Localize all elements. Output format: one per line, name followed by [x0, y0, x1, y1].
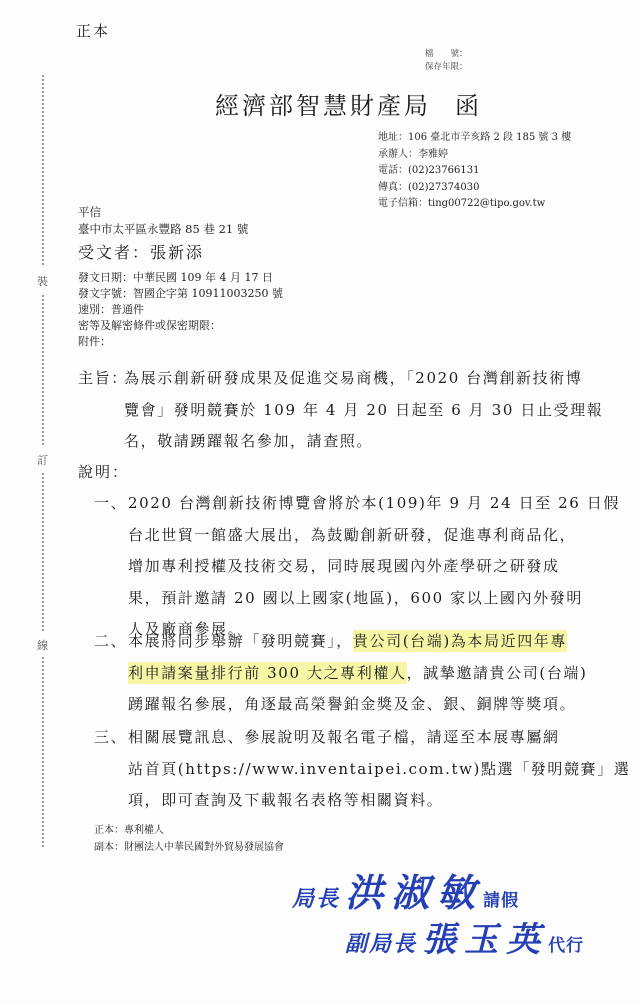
subject-line: 覽會」發明競賽於 109 年 4 月 20 日起至 6 月 30 日止受理報	[124, 395, 623, 427]
mail-type: 平信	[78, 204, 248, 221]
retention-label: 保存年限：	[425, 61, 468, 74]
highlighted-text: 利申請案量排行前 300 大之專利權人	[128, 662, 407, 684]
item-number: 一、	[94, 488, 127, 520]
email: 電子信箱：ting00722@tipo.gov.tw	[378, 196, 571, 213]
item-line: 項，即可查詢及下載報名表格等相關資料。	[94, 785, 634, 817]
recipient-address: 臺中市太平區永豐路 85 巷 21 號	[78, 221, 248, 238]
item-line: 站首頁(https://www.inventaipei.com.tw)點選「發明…	[94, 754, 634, 786]
phone: 電話：(02)23766131	[378, 163, 571, 180]
document-number: 發文字號：智國企字第 10911003250 號	[78, 286, 283, 302]
agency-name: 經濟部智慧財產局	[215, 92, 431, 120]
item-text: ，誠摯邀請貴公司(台端)	[407, 664, 588, 682]
file-number-label: 檔 號：	[425, 48, 468, 61]
document-title: 經濟部智慧財產局函	[215, 86, 482, 121]
agency-address: 地址：106 臺北市辛亥路 2 段 185 號 3 樓	[378, 130, 571, 147]
deputy-signature: 副局長 張玉英代行	[345, 912, 584, 961]
explanation-label: 說明：	[78, 457, 129, 489]
subject-label: 主旨：	[78, 363, 128, 395]
director-title: 局長	[292, 886, 340, 912]
item-line: 相關展覽訊息、參展說明及報名電子檔，請逕至本展專屬網	[94, 722, 634, 754]
highlighted-text: 貴公司(台端)為本局近四年專	[353, 630, 567, 652]
recipient-block: 平信 臺中市太平區永豐路 85 巷 21 號	[78, 204, 248, 238]
item-line: 本展將同步舉辦「發明競賽」，貴公司(台端)為本局近四年專	[94, 626, 634, 658]
copy-recipient: 副本：財團法人中華民國對外貿易發展協會	[94, 839, 284, 856]
binding-mark-zhuang: 裝	[37, 273, 48, 289]
item-line: 踴躍報名參展，角逐最高榮譽鉑金獎及金、銀、銅牌等獎項。	[94, 689, 634, 721]
document-meta: 發文日期：中華民國 109 年 4 月 17 日 發文字號：智國企字第 1091…	[78, 270, 283, 350]
binding-mark-ding: 訂	[37, 452, 48, 468]
subject-paragraph: 主旨： 為展示創新研發成果及促進交易商機，「2020 台灣創新技術博 覽會」發明…	[78, 363, 623, 458]
director-name: 洪淑敏	[345, 870, 483, 915]
item-line: 2020 台灣創新技術博覽會將於本(109)年 9 月 24 日至 26 日假	[94, 488, 634, 520]
binding-mark-xian: 線	[37, 637, 48, 653]
item-number: 二、	[94, 626, 127, 658]
retention-row: 保存年限：	[425, 61, 468, 74]
item-number: 三、	[94, 722, 127, 754]
fax: 傳真：(02)27374030	[378, 180, 571, 197]
subject-text: 為展示創新研發成果及促進交易商機，「2020 台灣創新技術博 覽會」發明競賽於 …	[78, 363, 623, 458]
item-line: 果，預計邀請 20 國以上國家(地區)，600 家以上國內外發明	[94, 583, 634, 615]
binding-dotted-line	[42, 657, 44, 847]
deputy-note: 代行	[548, 936, 584, 956]
item-text: 本展將同步舉辦「發明競賽」，	[128, 632, 353, 650]
binding-dotted-line	[42, 295, 44, 445]
delivery-speed: 速別：普通件	[78, 302, 283, 318]
item-line: 增加專利授權及技術交易，同時展現國內外產學研之研發成	[94, 551, 634, 583]
explanation-item-2: 二、 本展將同步舉辦「發明競賽」，貴公司(台端)為本局近四年專 利申請案量排行前…	[94, 626, 634, 721]
document-type: 函	[455, 92, 482, 120]
file-meta: 檔 號： 保存年限：	[425, 48, 468, 74]
security-level: 密等及解密條件或保密期限：	[78, 318, 283, 334]
subject-line: 為展示創新研發成果及促進交易商機，「2020 台灣創新技術博	[124, 363, 623, 395]
recipient-name: 受文者：張新添	[78, 240, 204, 263]
binding-dotted-line	[42, 473, 44, 631]
distribution-block: 正本：專利權人 副本：財團法人中華民國對外貿易發展協會	[94, 822, 284, 856]
file-number-row: 檔 號：	[425, 48, 468, 61]
explanation-item-1: 一、 2020 台灣創新技術博覽會將於本(109)年 9 月 24 日至 26 …	[94, 488, 634, 646]
contact-block: 地址：106 臺北市辛亥路 2 段 185 號 3 樓 承辦人：李雅婷 電話：(…	[378, 130, 571, 213]
item-line: 利申請案量排行前 300 大之專利權人，誠摯邀請貴公司(台端)	[94, 658, 634, 690]
deputy-title: 副局長	[345, 931, 417, 957]
issue-date: 發文日期：中華民國 109 年 4 月 17 日	[78, 270, 283, 286]
original-recipient: 正本：專利權人	[94, 822, 284, 839]
explanation-item-3: 三、 相關展覽訊息、參展說明及報名電子檔，請逕至本展專屬網 站首頁(https:…	[94, 722, 634, 817]
handler: 承辦人：李雅婷	[378, 147, 571, 164]
copy-mark: 正本	[76, 20, 110, 41]
subject-line: 名，敬請踴躍報名參加，請查照。	[124, 426, 623, 458]
binding-dotted-line	[42, 75, 44, 265]
item-line: 台北世貿一館盛大展出，為鼓勵創新研發，促進專利商品化，	[94, 520, 634, 552]
attachment: 附件：	[78, 334, 283, 350]
director-note: 請假	[483, 891, 519, 911]
deputy-name: 張玉英	[422, 920, 548, 960]
director-signature: 局長 洪淑敏請假	[292, 862, 519, 917]
